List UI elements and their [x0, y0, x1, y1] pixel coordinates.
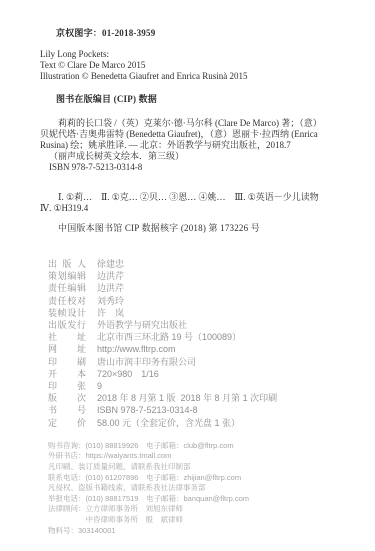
cip-classification-line: Ⅳ. ①H319.4 — [40, 203, 351, 214]
legal-counsel-line: 中咨律师事务所 殷 斌律师 — [48, 515, 351, 526]
imprint-block: 出版人 徐建忠 策划编辑 边洪芹 责任编辑 边洪芹 责任校对 刘秀玲 装帧设计 … — [48, 258, 351, 429]
imprint-value: 720×980 1/16 — [97, 368, 159, 380]
imprint-label: 印刷 — [48, 356, 86, 368]
cip-classification-line: Ⅰ. ①莉… Ⅱ. ①克… ②贝… ③恩… ④姚… Ⅲ. ①英语－少儿读物 — [40, 192, 351, 203]
notices-block: 购书咨询：(010) 88819926 电子邮箱：club@fltrp.com … — [48, 441, 351, 536]
imprint-label: 出版人 — [48, 258, 86, 270]
cip-description-line: Rusina) 绘；姚承胜译. — 北京：外语教学与研究出版社，2018.7 — [40, 140, 351, 151]
imprint-value: 徐建忠 — [97, 258, 124, 270]
imprint-value: 边洪芹 — [97, 282, 124, 294]
imprint-label: 出版发行 — [48, 319, 86, 331]
imprint-row-website: 网址 http://www.fltrp.com — [48, 343, 351, 355]
imprint-value: 刘秀玲 — [97, 295, 124, 307]
imprint-row-edition: 版次 2018 年 8 月第 1 版 2018 年 8 月第 1 次印刷 — [48, 392, 351, 404]
cip-description-line: 贝妮代塔·吉奥弗雷特 (Benedetta Giaufret)，（意）恩丽卡·拉… — [40, 129, 351, 140]
imprint-row-isbn: 书号 ISBN 978-7-5213-0314-8 — [48, 404, 351, 416]
imprint-label: 网址 — [48, 343, 86, 355]
imprint-row-price: 定价 58.00 元（全套定价，含光盘 1 张） — [48, 417, 351, 429]
imprint-label: 开本 — [48, 368, 86, 380]
imprint-value: 唐山市润丰印务有限公司 — [97, 356, 196, 368]
imprint-value: 58.00 元（全套定价，含光盘 1 张） — [97, 417, 240, 429]
piracy-notice-line: 凡侵权、盗版书籍线索，请联系我社法律事务部 — [48, 483, 351, 494]
registration-number-line: 京权图字：01-2018-3959 — [56, 28, 351, 39]
imprint-label: 责任校对 — [48, 295, 86, 307]
imprint-value: http://www.fltrp.com — [97, 343, 176, 355]
imprint-value: 2018 年 8 月第 1 版 2018 年 8 月第 1 次印刷 — [97, 392, 277, 404]
imprint-row-proofreader: 责任校对 刘秀玲 — [48, 295, 351, 307]
imprint-value: 北京市西三环北路 19 号（100089） — [97, 331, 241, 343]
imprint-label: 印张 — [48, 380, 86, 392]
imprint-value: 外语教学与研究出版社 — [97, 319, 187, 331]
imprint-value: 许 岚 — [97, 307, 124, 319]
material-number-line: 物料号：303140001 — [48, 526, 351, 537]
english-copyright-block: Lily Long Pockets: Text © Clare De Marco… — [40, 49, 351, 82]
imprint-label: 书号 — [48, 404, 86, 416]
cip-isbn-line: ISBN 978-7-5213-0314-8 — [40, 162, 351, 173]
purchase-inquiry-line: 购书咨询：(010) 88819926 电子邮箱：club@fltrp.com — [48, 441, 351, 452]
imprint-label: 装帧设计 — [48, 307, 86, 319]
imprint-row-responsible-editor: 责任编辑 边洪芹 — [48, 282, 351, 294]
imprint-row-printer: 印刷 唐山市润丰印务有限公司 — [48, 356, 351, 368]
imprint-label: 定价 — [48, 417, 86, 429]
imprint-row-publishing-house: 出版发行 外语教学与研究出版社 — [48, 319, 351, 331]
imprint-value: 9 — [97, 380, 102, 392]
imprint-label: 责任编辑 — [48, 282, 86, 294]
cip-series-line: （丽声成长树英文绘本．第三级） — [40, 151, 351, 162]
imprint-value: ISBN 978-7-5213-0314-8 — [97, 404, 198, 416]
imprint-value: 边洪芹 — [97, 270, 124, 282]
copyright-page: 京权图字：01-2018-3959 Lily Long Pockets: Tex… — [0, 0, 375, 551]
cip-description-line: 莉莉的长口袋 /（英）克莱尔·德·马尔科 (Clare De Marco) 著；… — [40, 118, 351, 129]
bookstore-url-line: 外研书店：https://waiyants.tmall.com — [48, 451, 351, 462]
report-phone-line: 举报电话：(010) 88817519 电子邮箱：banquan@fltrp.c… — [48, 494, 351, 505]
imprint-row-format: 开本 720×980 1/16 — [48, 368, 351, 380]
cip-description-paragraph: 莉莉的长口袋 /（英）克莱尔·德·马尔科 (Clare De Marco) 著；… — [40, 118, 351, 173]
legal-counsel-line: 法律顾问：立方律师事务所 刘旭东律师 — [48, 504, 351, 515]
cip-classification-block: Ⅰ. ①莉… Ⅱ. ①克… ②贝… ③恩… ④姚… Ⅲ. ①英语－少儿读物 Ⅳ.… — [40, 192, 351, 214]
imprint-row-sheets: 印张 9 — [48, 380, 351, 392]
imprint-label: 社址 — [48, 331, 86, 343]
cip-record-line: 中国版本图书馆 CIP 数据核字 (2018) 第 173226 号 — [40, 223, 351, 234]
print-quality-notice-line: 凡印刷、装订质量问题，请联系我社印制部 — [48, 462, 351, 473]
imprint-label: 版次 — [48, 392, 86, 404]
copyright-text-line: Text © Clare De Marco 2015 — [40, 60, 351, 71]
cip-heading: 图书在版编目 (CIP) 数据 — [56, 94, 351, 105]
imprint-row-planning-editor: 策划编辑 边洪芹 — [48, 270, 351, 282]
imprint-row-address: 社址 北京市西三环北路 19 号（100089） — [48, 331, 351, 343]
copyright-title-line: Lily Long Pockets: — [40, 49, 351, 60]
imprint-label: 策划编辑 — [48, 270, 86, 282]
copyright-illustration-line: Illustration © Benedetta Giaufret and En… — [40, 71, 351, 82]
imprint-row-designer: 装帧设计 许 岚 — [48, 307, 351, 319]
imprint-row-publisher: 出版人 徐建忠 — [48, 258, 351, 270]
contact-phone-line: 联系电话：(010) 61207896 电子邮箱：zhijian@fltrp.c… — [48, 473, 351, 484]
